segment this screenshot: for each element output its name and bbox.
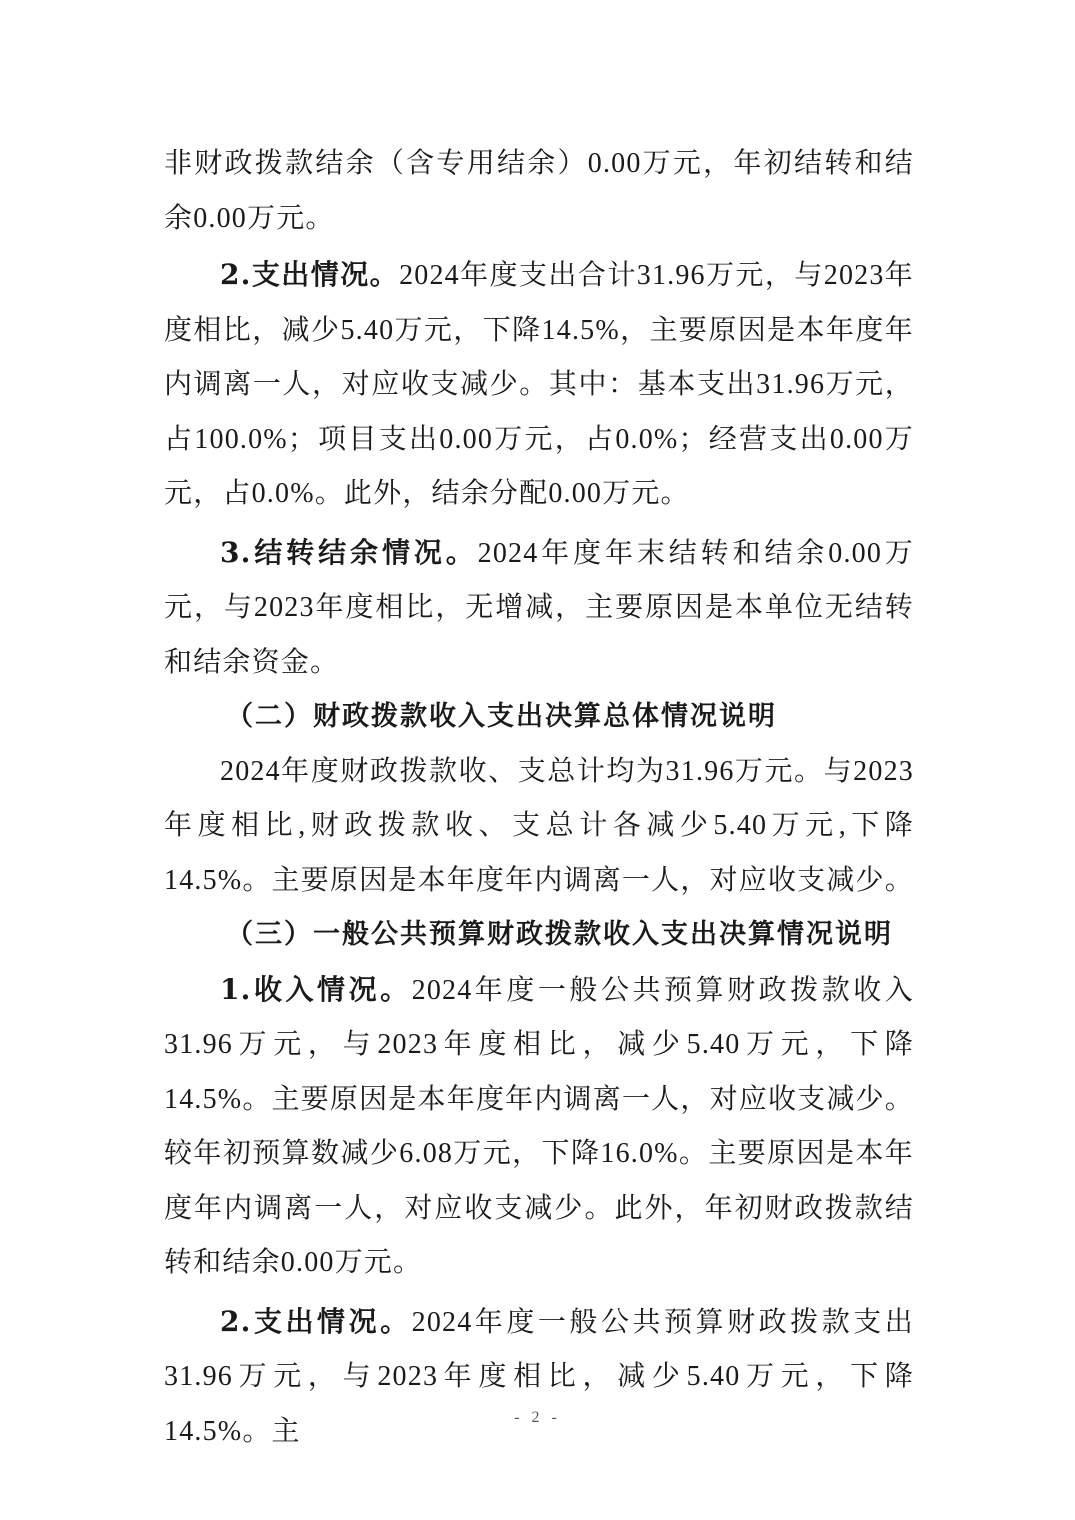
document-page: 非财政拨款结余（含专用结余）0.00万元，年初结转和结余0.00万元。 2.支出… — [164, 137, 914, 1459]
section-heading-general-budget: （三）一般公共预算财政拨款收入支出决算情况说明 — [164, 908, 914, 963]
paragraph-carryover: 3.结转结余情况。2024年度年末结转和结余0.00万元，与2023年度相比，无… — [164, 526, 914, 691]
section-lead-expenditure-general: 2.支出情况。 — [220, 1305, 412, 1338]
section-lead-expenditure: 2.支出情况。 — [220, 258, 399, 291]
paragraph-nonfiscal-balance: 非财政拨款结余（含专用结余）0.00万元，年初结转和结余0.00万元。 — [164, 137, 914, 246]
paragraph-expenditure: 2.支出情况。2024年度支出合计31.96万元，与2023年度相比，减少5.4… — [164, 248, 914, 522]
paragraph-text: 非财政拨款结余（含专用结余）0.00万元，年初结转和结余0.00万元。 — [164, 148, 914, 234]
paragraph-text: 2024年度支出合计31.96万元，与2023年度相比，减少5.40万元，下降1… — [164, 260, 914, 509]
paragraph-general-budget-expenditure: 2.支出情况。2024年度一般公共预算财政拨款支出31.96万元，与2023年度… — [164, 1295, 914, 1460]
paragraph-general-budget-income: 1.收入情况。2024年度一般公共预算财政拨款收入31.96万元，与2023年度… — [164, 963, 914, 1291]
paragraph-text: 2024年度财政拨款收、支总计均为31.96万元。与2023年度相比,财政拨款收… — [164, 756, 914, 896]
page-number: - 2 - — [0, 1409, 1075, 1427]
section-heading-fiscal-overall: （二）财政拨款收入支出决算总体情况说明 — [164, 690, 914, 745]
section-lead-carryover: 3.结转结余情况。 — [220, 536, 478, 569]
section-lead-income: 1.收入情况。 — [220, 973, 412, 1006]
paragraph-text: 2024年度一般公共预算财政拨款收入31.96万元，与2023年度相比，减少5.… — [164, 975, 914, 1279]
paragraph-fiscal-overall: 2024年度财政拨款收、支总计均为31.96万元。与2023年度相比,财政拨款收… — [164, 745, 914, 909]
